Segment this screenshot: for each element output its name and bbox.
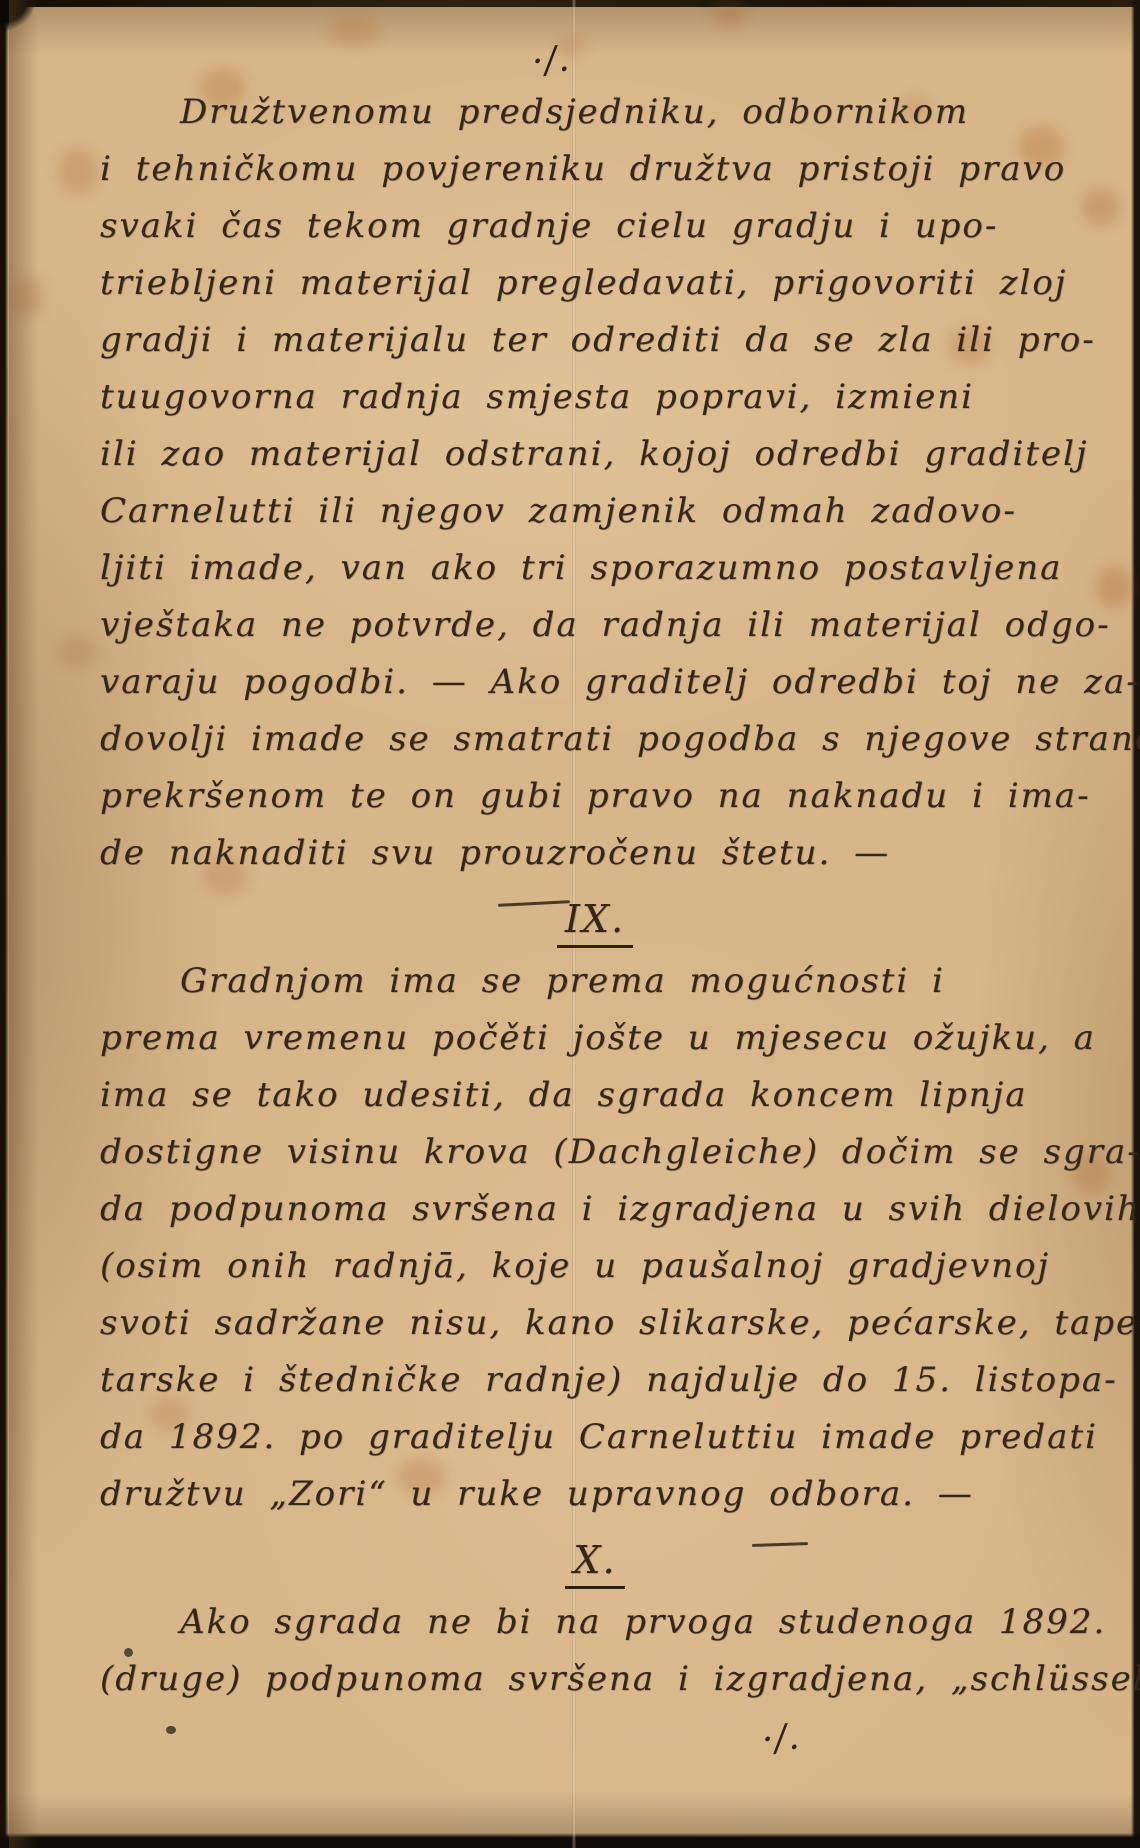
- manuscript-line: Družtvenomu predsjedniku, odbornikom: [100, 84, 1090, 141]
- manuscript-line: dostigne visinu krova (Dachgleiche) doči…: [100, 1124, 1090, 1181]
- manuscript-line: vještaka ne potvrde, da radnja ili mater…: [100, 597, 1090, 654]
- section-heading-x: X.: [565, 1535, 624, 1589]
- section-heading-ix-row: IX.: [100, 894, 1090, 951]
- manuscript-line: prema vremenu počěti jošte u mjesecu ožu…: [100, 1010, 1090, 1067]
- foxing-stain: [328, 16, 380, 46]
- foxing-stain: [58, 636, 96, 668]
- manuscript-line: ili zao materijal odstrani, kojoj odredb…: [100, 426, 1090, 483]
- page-edge-right: [1131, 0, 1140, 1848]
- manuscript-line: dovolji imade se smatrati pogodba s njeg…: [100, 711, 1090, 768]
- page-edge-top: [0, 0, 1140, 7]
- scribe-mark-bottom: ·/.: [760, 1716, 802, 1761]
- manuscript-line: gradji i materijalu ter odrediti da se z…: [100, 312, 1090, 369]
- manuscript-line: svaki čas tekom gradnje cielu gradju i u…: [100, 198, 1090, 255]
- manuscript-line: družtvu „Zori“ u ruke upravnog odbora. —: [100, 1466, 1090, 1523]
- foxing-stain: [1096, 566, 1132, 608]
- manuscript-line: ima se tako udesiti, da sgrada koncem li…: [100, 1067, 1090, 1124]
- manuscript-line: svoti sadržane nisu, kano slikarske, peć…: [100, 1295, 1090, 1352]
- manuscript-line: Ako sgrada ne bi na prvoga studenoga 189…: [100, 1594, 1090, 1651]
- manuscript-line: Carnelutti ili njegov zamjenik odmah zad…: [100, 483, 1090, 540]
- manuscript-line: de naknaditi svu prouzročenu štetu. —: [100, 825, 1090, 882]
- page-edge-left: [0, 0, 9, 1848]
- manuscript-line: tarske i štedničke radnje) najdulje do 1…: [100, 1352, 1090, 1409]
- scribe-mark-top: ·/.: [530, 38, 572, 83]
- manuscript-page: ·/. ·/. Družtvenomu predsjedniku, odborn…: [0, 0, 1140, 1848]
- manuscript-line: i tehničkomu povjereniku družtva pristoj…: [100, 141, 1090, 198]
- manuscript-line: da podpunoma svršena i izgradjena u svih…: [100, 1181, 1090, 1238]
- binding-shadow: [9, 0, 39, 1848]
- page-edge-bottom: [0, 1833, 1140, 1848]
- manuscript-line: prekršenom te on gubi pravo na naknadu i…: [100, 768, 1090, 825]
- manuscript-line: (osim onih radnjā, koje u paušalnoj grad…: [100, 1238, 1090, 1295]
- manuscript-line: ljiti imade, van ako tri sporazumno post…: [100, 540, 1090, 597]
- manuscript-line: triebljeni materijal pregledavati, prigo…: [100, 255, 1090, 312]
- ink-speck: [166, 1726, 176, 1734]
- manuscript-line: da 1892. po graditelju Carneluttiu imade…: [100, 1409, 1090, 1466]
- manuscript-line: Gradnjom ima se prema mogućnosti i: [100, 953, 1090, 1010]
- manuscript-line: tuugovorna radnja smjesta popravi, izmie…: [100, 369, 1090, 426]
- foxing-stain: [712, 6, 746, 24]
- section-heading-x-row: X.: [100, 1535, 1090, 1592]
- manuscript-line: (druge) podpunoma svršena i izgradjena, …: [100, 1651, 1090, 1708]
- manuscript-line: varaju pogodbi. — Ako graditelj odredbi …: [100, 654, 1090, 711]
- manuscript-text: Družtvenomu predsjedniku, odbornikom i t…: [100, 84, 1090, 1708]
- section-heading-ix: IX.: [557, 894, 633, 948]
- foxing-stain: [58, 148, 98, 194]
